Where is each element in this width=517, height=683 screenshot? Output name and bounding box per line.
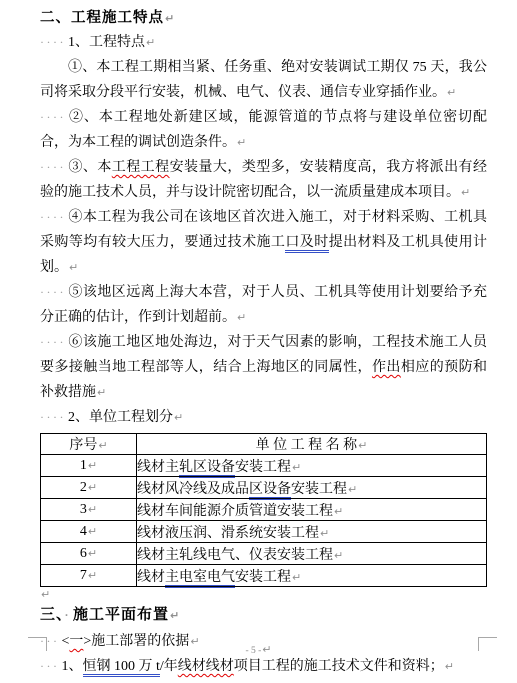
- paragraph-text: ③、本: [68, 160, 112, 175]
- section2-heading-text: 二、工程施工特点: [40, 10, 164, 26]
- paragraph-mark-icon: ↵: [237, 311, 246, 324]
- space-marks: ····: [40, 35, 66, 49]
- row-name: 线材主: [137, 460, 179, 475]
- row-no-cell[interactable]: 6↵: [41, 543, 137, 565]
- grammar-underline: 轧区设备: [179, 460, 235, 478]
- paragraph-item3[interactable]: ····③、本工程工程安装量大，类型多，安装精度高，我方将派出有经验的施工技术人…: [40, 155, 487, 205]
- row-no: 3: [80, 502, 87, 517]
- table-row: 4↵ 线材液压润、滑系统安装工程↵: [41, 521, 487, 543]
- cell-mark-icon: ↵: [334, 549, 343, 562]
- paragraph-text: ⑤该地区远离上海大本营，对于人员、工机具等使用计划要给予充分正确的估计，作到计划…: [40, 285, 487, 325]
- cell-mark-icon: ↵: [88, 525, 97, 538]
- row-name-cell[interactable]: 线材风冷线及成品区设备安装工程↵: [137, 477, 487, 499]
- paragraph-mark-icon: ↵: [69, 261, 78, 274]
- row-no-cell[interactable]: 3↵: [41, 499, 137, 521]
- row-no: 2: [80, 480, 87, 495]
- sub1-title-text: 1、工程特点: [68, 35, 145, 50]
- paragraph-mark-icon: ↵: [237, 136, 246, 149]
- row-no-cell[interactable]: 7↵: [41, 565, 137, 587]
- space-marks: ····: [40, 210, 66, 224]
- cell-mark-icon: ↵: [88, 481, 97, 494]
- row-name-cell[interactable]: 线材车间能源介质管道安装工程↵: [137, 499, 487, 521]
- paragraph-mark-icon: ↵: [262, 643, 271, 656]
- header-name-text: 单 位 工 程 名 称: [256, 438, 358, 453]
- table-row: 7↵ 线材主电室电气安装工程↵: [41, 565, 487, 587]
- margin-corner-mark-right: [478, 637, 497, 651]
- cell-mark-icon: ↵: [98, 439, 107, 452]
- sub2-title-text: 2、单位工程划分: [68, 410, 173, 425]
- cell-mark-icon: ↵: [292, 571, 301, 584]
- cell-mark-icon: ↵: [320, 527, 329, 540]
- row-name: 线材: [137, 570, 165, 585]
- paragraph-mark-icon: ↵: [445, 660, 454, 673]
- space-marks: ····: [40, 285, 66, 299]
- row-name: 线材主轧线电气、仪表安装工程: [137, 548, 333, 563]
- paragraph-mark-icon: ↵: [174, 411, 183, 424]
- paragraph-item1[interactable]: ①、本工程工期相当紧、任务重、绝对安装调试工期仅 75 天，我公司将采取分段平行…: [40, 55, 487, 105]
- row-no-cell[interactable]: 1↵: [41, 455, 137, 477]
- cell-mark-icon: ↵: [88, 569, 97, 582]
- row-name-cell[interactable]: 线材主轧线电气、仪表安装工程↵: [137, 543, 487, 565]
- row-name: 安装工程: [291, 482, 347, 497]
- paragraph-text: ①、本工程工期相当紧、任务重、绝对安装调试工期仅 75 天，我公司将采取分段平行…: [40, 60, 487, 100]
- row-no-cell[interactable]: 2↵: [41, 477, 137, 499]
- document-page: 二、工程施工特点↵ ····1、工程特点↵ ①、本工程工期相当紧、任务重、绝对安…: [0, 0, 517, 683]
- row-no: 1: [80, 458, 87, 473]
- cell-mark-icon: ↵: [358, 439, 367, 452]
- cell-mark-icon: ↵: [88, 503, 97, 516]
- space-marks: ····: [40, 335, 66, 349]
- cell-mark-icon: ↵: [334, 505, 343, 518]
- space-marks: ····: [40, 110, 66, 124]
- table-row: 1↵ 线材主轧区设备安装工程↵: [41, 455, 487, 477]
- header-no-text: 序号: [69, 438, 97, 453]
- row-name-cell[interactable]: 线材液压润、滑系统安装工程↵: [137, 521, 487, 543]
- cell-mark-icon: ↵: [88, 459, 97, 472]
- grammar-underline: 主电室电气: [165, 570, 235, 588]
- section3-heading-no: 三、: [40, 607, 65, 623]
- paragraph-item4[interactable]: ····④本工程为我公司在该地区首次进入施工，对于材料采购、工机具采购等均有较大…: [40, 205, 487, 280]
- table-header-name[interactable]: 单 位 工 程 名 称↵: [137, 434, 487, 455]
- row-name: 线材液压润、滑系统安装工程: [137, 526, 319, 541]
- row-name: 安装工程: [235, 460, 291, 475]
- paragraph-mark-icon: ↵: [146, 36, 155, 49]
- row-no-cell[interactable]: 4↵: [41, 521, 137, 543]
- spellcheck-underline: 线材线材: [178, 659, 234, 674]
- sub1-title[interactable]: ····1、工程特点↵: [40, 30, 487, 55]
- paragraph-mark-icon: ↵: [461, 186, 470, 199]
- paragraph-mark-icon: ↵: [41, 588, 50, 601]
- paragraph-mark-icon: ↵: [97, 386, 106, 399]
- row-no: 6: [80, 546, 87, 561]
- paragraph-text: /年: [160, 659, 178, 674]
- paragraph-mark-icon: ↵: [447, 86, 456, 99]
- paragraph-item2[interactable]: ····②、本工程地处新建区域，能源管道的节点将与建设单位密切配合，为本工程的调…: [40, 105, 487, 155]
- cell-mark-icon: ↵: [348, 483, 357, 496]
- sub2-title[interactable]: ····2、单位工程划分↵: [40, 405, 487, 430]
- page-number: - 5 -: [245, 646, 261, 656]
- space-marks: ···: [40, 659, 60, 673]
- row-name-cell[interactable]: 线材主电室电气安装工程↵: [137, 565, 487, 587]
- cell-mark-icon: ↵: [292, 461, 301, 474]
- paragraph-item6[interactable]: ····⑥该施工地区地处海边，对于天气因素的影响，工程技术施工人员要多接触当地工…: [40, 330, 487, 405]
- row-name-cell[interactable]: 线材主轧区设备安装工程↵: [137, 455, 487, 477]
- section3-heading-text: 施工平面布置: [73, 607, 169, 623]
- row-name: 线材车间能源介质管道安装工程: [137, 504, 333, 519]
- table-row: 2↵ 线材风冷线及成品区设备安装工程↵: [41, 477, 487, 499]
- paragraph-text: 项目工程的施工技术文件和资料；: [234, 659, 444, 674]
- section3-heading[interactable]: 三、·施工平面布置↵: [40, 602, 487, 629]
- row-no: 4: [80, 524, 87, 539]
- paragraph-item5[interactable]: ····⑤该地区远离上海大本营，对于人员、工机具等使用计划要给予充分正确的估计，…: [40, 280, 487, 330]
- empty-paragraph[interactable]: ↵: [40, 587, 487, 602]
- unit-project-table: 序号↵ 单 位 工 程 名 称↵ 1↵ 线材主轧区设备安装工程↵ 2↵ 线材风冷…: [40, 433, 487, 587]
- cell-mark-icon: ↵: [88, 547, 97, 560]
- table-row: 3↵ 线材车间能源介质管道安装工程↵: [41, 499, 487, 521]
- space-marks: ····: [40, 160, 66, 174]
- section2-heading[interactable]: 二、工程施工特点↵: [40, 7, 487, 30]
- table-row: 6↵ 线材主轧线电气、仪表安装工程↵: [41, 543, 487, 565]
- section3-item1[interactable]: ···1、恒钢 100 万 t/年线材线材项目工程的施工技术文件和资料；↵: [40, 654, 487, 679]
- grammar-underline: 区设备: [249, 482, 291, 500]
- paragraph-mark-icon: ↵: [165, 12, 175, 25]
- spellcheck-underline: 工程工程: [112, 160, 170, 175]
- table-header-no[interactable]: 序号↵: [41, 434, 137, 455]
- grammar-underline: 恒钢 100 万 t: [83, 659, 160, 677]
- paragraph-text: 1、: [62, 659, 83, 674]
- row-name: 线材风冷线及成品: [137, 482, 249, 497]
- grammar-underline: 口及时: [285, 235, 328, 253]
- row-no: 7: [80, 568, 87, 583]
- space-marks: ·: [65, 608, 72, 622]
- space-marks: ····: [40, 410, 66, 424]
- page-footer: - 5 -↵: [0, 643, 517, 656]
- margin-corner-mark-left: [28, 637, 47, 651]
- paragraph-mark-icon: ↵: [170, 609, 180, 622]
- paragraph-text: ②、本工程地处新建区域，能源管道的节点将与建设单位密切配合，为本工程的调试创造条…: [40, 110, 487, 150]
- table-header-row: 序号↵ 单 位 工 程 名 称↵: [41, 434, 487, 455]
- row-name: 安装工程: [235, 570, 291, 585]
- spellcheck-underline: 作出: [372, 360, 401, 375]
